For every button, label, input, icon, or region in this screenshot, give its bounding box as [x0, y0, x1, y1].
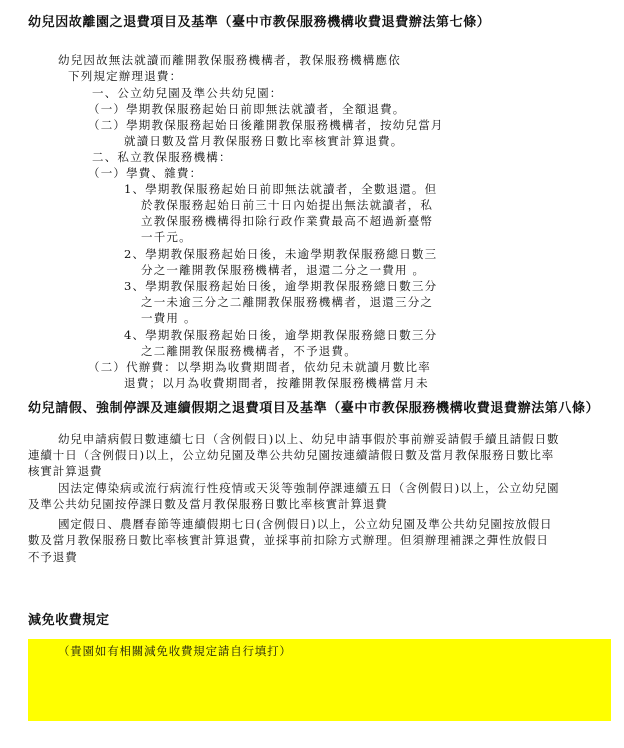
- private-point-2-cont: 分之一離開教保服務機構者，退還二分之一費用 。: [141, 262, 425, 278]
- private-point-4-cont: 之二離開教保服務機構者，不予退費。: [141, 343, 357, 359]
- paragraph-leave: 幼兒申請病假日數連續七日（含例假日)以上、幼兒申請事假於事前辦妥請假手續且請假日…: [58, 431, 559, 447]
- paragraph-suspension: 因法定傳染病或流行病流行性疫情或天災等強制停課連續五日（含例假日)以上，公立幼兒…: [58, 480, 559, 496]
- private-institution-title: 二、私立教保服務機構：: [92, 149, 232, 165]
- private-point-3-cont: 一費用 。: [141, 310, 197, 326]
- intro-text: 下列規定辦理退費：: [68, 68, 182, 84]
- public-item-1: （一）學期教保服務起始日前即無法就讀者，全額退費。: [88, 101, 406, 117]
- paragraph-suspension-cont: 及準公共幼兒園按停課日數及當月教保服務日數比率核實計算退費: [28, 496, 388, 512]
- public-item-2: （二）學期教保服務起始日後離開教保服務機構者，按幼兒當月: [88, 117, 444, 133]
- paragraph-holiday-cont: 數及當月教保服務日數比率核實計算退費，並採事前扣除方式辦理。但須辦理補課之彈性放…: [28, 532, 549, 548]
- intro-text: 幼兒因故無法就讀而離開教保服務機構者，教保服務機構應依: [58, 52, 401, 68]
- private-point-1: 1、學期教保服務起始日前即無法就讀者，全數退還。但: [124, 181, 437, 197]
- private-point-4: 4、學期教保服務起始日後，逾學期教保服務總日數三分: [124, 327, 437, 343]
- private-point-3-cont: 之一未逾三分之二離開教保服務機構者，退還三分之: [141, 294, 433, 310]
- paragraph-holiday-cont: 不予退費: [28, 549, 78, 565]
- private-sub-1-title: （一）學費、雜費：: [88, 165, 202, 181]
- private-point-1-cont: 立教保服務機構得扣除行政作業費最高不超過新臺幣: [141, 213, 433, 229]
- private-point-3: 3、學期教保服務起始日後，逾學期教保服務總日數三分: [124, 278, 437, 294]
- private-sub-2-cont: 退費；以月為收費期間者，按離開教保服務機構當月未: [124, 375, 429, 391]
- paragraph-leave-cont: 連續十日（含例假日)以上，公立幼兒園及準公共幼兒園按連續請假日數及當月教保服務日…: [28, 447, 554, 463]
- fee-reduction-placeholder: （貴園如有相關減免收費規定請自行填打）: [58, 643, 292, 659]
- private-point-2: 2、學期教保服務起始日後，未逾學期教保服務總日數三: [124, 246, 437, 262]
- section-heading-fee-reduction: 減免收費規定: [28, 612, 110, 630]
- public-kindergarten-title: 一、公立幼兒園及準公共幼兒園：: [92, 85, 283, 101]
- public-item-2-cont: 就讀日數及當月教保服務日數比率核實計算退費。: [124, 133, 403, 149]
- section-heading-withdrawal-refund: 幼兒因故離園之退費項目及基準（臺中市教保服務機構收費退費辦法第七條）: [28, 14, 490, 32]
- section-heading-leave-refund: 幼兒請假、強制停課及連續假期之退費項目及基準（臺中市教保服務機構收費退費辦法第八…: [28, 400, 599, 418]
- private-sub-2: （二）代辦費：以學期為收費期間者，依幼兒未就讀月數比率: [88, 359, 431, 375]
- paragraph-leave-cont: 核實計算退費: [28, 463, 102, 479]
- private-point-1-cont: 於教保服務起始日前三十日內始提出無法就讀者，私: [141, 197, 433, 213]
- fee-reduction-fill-area[interactable]: （貴園如有相關減免收費規定請自行填打）: [28, 639, 611, 721]
- paragraph-holiday: 國定假日、農曆春節等連續假期七日(含例假日)以上，公立幼兒園及準公共幼兒園按放假…: [58, 516, 552, 532]
- private-point-1-cont: 一千元。: [141, 229, 192, 245]
